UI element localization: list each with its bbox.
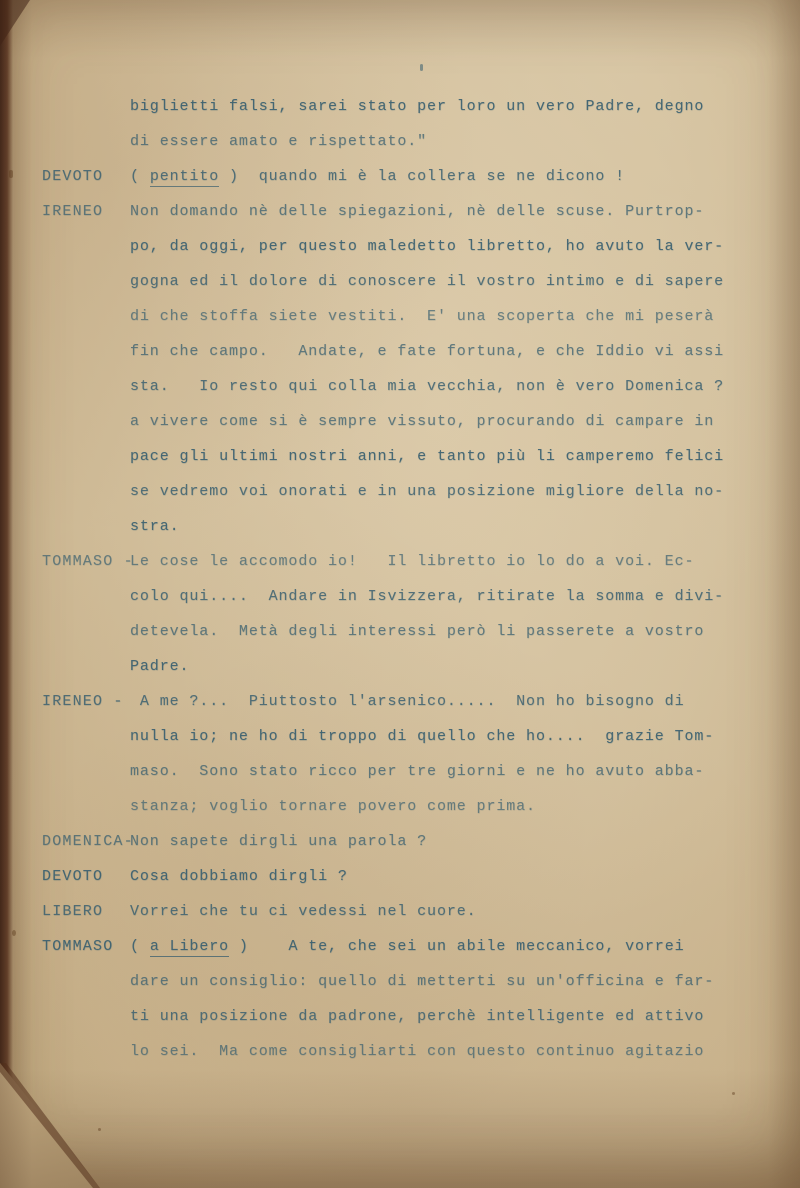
script-line: stanza; voglio tornare povero come prima…	[0, 798, 800, 833]
dialogue-segment: nulla io; ne ho di troppo di quello che …	[130, 728, 714, 745]
dialogue-segment: lo sei. Ma come consigliarti con questo …	[130, 1043, 704, 1060]
dialogue-segment: ) quando mi è la collera se ne dicono !	[219, 168, 625, 185]
script-line: IRENEONon domando nè delle spiegazioni, …	[0, 203, 800, 238]
script-line: di che stoffa siete vestiti. E' una scop…	[0, 308, 800, 343]
dialogue-text: ti una posizione da padrone, perchè inte…	[130, 1008, 704, 1025]
dialogue-segment: pace gli ultimi nostri anni, e tanto più…	[130, 448, 724, 465]
speaker-label: IRENEO -	[42, 693, 124, 710]
script-line: detevela. Metà degli interessi però li p…	[0, 623, 800, 658]
script-line: LIBEROVorrei che tu ci vedessi nel cuore…	[0, 903, 800, 938]
script-line: gogna ed il dolore di conoscere il vostr…	[0, 273, 800, 308]
script-line: di essere amato e rispettato."	[0, 133, 800, 168]
dialogue-segment: dare un consiglio: quello di metterti su…	[130, 973, 714, 990]
dialogue-text: nulla io; ne ho di troppo di quello che …	[130, 728, 714, 745]
script-line: se vedremo voi onorati e in una posizion…	[0, 483, 800, 518]
script-line: lo sei. Ma come consigliarti con questo …	[0, 1043, 800, 1078]
dialogue-text: ( a Libero ) A te, che sei un abile mecc…	[130, 938, 685, 955]
stage-direction-underlined: a Libero	[150, 938, 229, 957]
dialogue-text: a vivere come si è sempre vissuto, procu…	[130, 413, 714, 430]
dialogue-segment: di che stoffa siete vestiti. E' una scop…	[130, 308, 714, 325]
dialogue-text: detevela. Metà degli interessi però li p…	[130, 623, 704, 640]
dialogue-segment: detevela. Metà degli interessi però li p…	[130, 623, 704, 640]
dialogue-text: Cosa dobbiamo dirgli ?	[130, 868, 348, 885]
dialogue-text: Vorrei che tu ci vedessi nel cuore.	[130, 903, 477, 920]
dialogue-segment: A me ?... Piuttosto l'arsenico..... Non …	[130, 693, 684, 710]
dialogue-segment: ) A te, che sei un abile meccanico, vorr…	[229, 938, 684, 955]
dialogue-segment: stanza; voglio tornare povero come prima…	[130, 798, 536, 815]
script-line: ti una posizione da padrone, perchè inte…	[0, 1008, 800, 1043]
dialogue-segment: sta. Io resto qui colla mia vecchia, non…	[130, 378, 724, 395]
speaker-label: TOMMASO	[42, 938, 113, 955]
script-line: a vivere come si è sempre vissuto, procu…	[0, 413, 800, 448]
dialogue-text: pace gli ultimi nostri anni, e tanto più…	[130, 448, 724, 465]
script-line: IRENEO - A me ?... Piuttosto l'arsenico.…	[0, 693, 800, 728]
dialogue-text: di essere amato e rispettato."	[130, 133, 427, 150]
photographed-book-page: biglietti falsi, sarei stato per loro un…	[0, 0, 800, 1188]
dialogue-segment: gogna ed il dolore di conoscere il vostr…	[130, 273, 724, 290]
script-line: biglietti falsi, sarei stato per loro un…	[0, 98, 800, 133]
dialogue-text: di che stoffa siete vestiti. E' una scop…	[130, 308, 714, 325]
speaker-label: DEVOTO	[42, 168, 103, 185]
script-line: po, da oggi, per questo maledetto libret…	[0, 238, 800, 273]
dialogue-segment: biglietti falsi, sarei stato per loro un…	[130, 98, 704, 115]
dialogue-segment: Vorrei che tu ci vedessi nel cuore.	[130, 903, 477, 920]
dialogue-segment: Padre.	[130, 658, 189, 675]
dialogue-segment: di essere amato e rispettato."	[130, 133, 427, 150]
script-line: dare un consiglio: quello di metterti su…	[0, 973, 800, 1008]
dialogue-text: Non domando nè delle spiegazioni, nè del…	[130, 203, 704, 220]
script-line: colo qui.... Andare in Isvizzera, ritira…	[0, 588, 800, 623]
script-line: nulla io; ne ho di troppo di quello che …	[0, 728, 800, 763]
script-line: fin che campo. Andate, e fate fortuna, e…	[0, 343, 800, 378]
script-line: DEVOTO( pentito ) quando mi è la collera…	[0, 168, 800, 203]
script-line: pace gli ultimi nostri anni, e tanto più…	[0, 448, 800, 483]
dialogue-text: dare un consiglio: quello di metterti su…	[130, 973, 714, 990]
dialogue-text: fin che campo. Andate, e fate fortuna, e…	[130, 343, 724, 360]
dialogue-text: Non sapete dirgli una parola ?	[130, 833, 427, 850]
script-line: sta. Io resto qui colla mia vecchia, non…	[0, 378, 800, 413]
script-line: DOMENICA-Non sapete dirgli una parola ?	[0, 833, 800, 868]
dialogue-segment: stra.	[130, 518, 180, 535]
dialogue-segment: Le cose le accomodo io! Il libretto io l…	[130, 553, 694, 570]
speaker-label: IRENEO	[42, 203, 103, 220]
speaker-label: DEVOTO	[42, 868, 103, 885]
dialogue-segment: (	[130, 168, 150, 185]
dialogue-segment: (	[130, 938, 150, 955]
dialogue-text: ( pentito ) quando mi è la collera se ne…	[130, 168, 625, 185]
dialogue-text: po, da oggi, per questo maledetto libret…	[130, 238, 724, 255]
script-line: stra.	[0, 518, 800, 553]
dialogue-segment: po, da oggi, per questo maledetto libret…	[130, 238, 724, 255]
script-line: Padre.	[0, 658, 800, 693]
dialogue-text: Padre.	[130, 658, 189, 675]
script-line: TOMMASO( a Libero ) A te, che sei un abi…	[0, 938, 800, 973]
script-line: DEVOTOCosa dobbiamo dirgli ?	[0, 868, 800, 903]
dialogue-text: sta. Io resto qui colla mia vecchia, non…	[130, 378, 724, 395]
dialogue-segment: fin che campo. Andate, e fate fortuna, e…	[130, 343, 724, 360]
dialogue-text: stanza; voglio tornare povero come prima…	[130, 798, 536, 815]
dialogue-segment: Non domando nè delle spiegazioni, nè del…	[130, 203, 704, 220]
dialogue-text: stra.	[130, 518, 180, 535]
dialogue-text: gogna ed il dolore di conoscere il vostr…	[130, 273, 724, 290]
dialogue-segment: maso. Sono stato ricco per tre giorni e …	[130, 763, 704, 780]
dialogue-segment: se vedremo voi onorati e in una posizion…	[130, 483, 724, 500]
script-line: TOMMASO -Le cose le accomodo io! Il libr…	[0, 553, 800, 588]
speaker-label: LIBERO	[42, 903, 103, 920]
dialogue-segment: colo qui.... Andare in Isvizzera, ritira…	[130, 588, 724, 605]
script-line: maso. Sono stato ricco per tre giorni e …	[0, 763, 800, 798]
stage-direction-underlined: pentito	[150, 168, 219, 187]
dialogue-text: A me ?... Piuttosto l'arsenico..... Non …	[130, 693, 684, 710]
dialogue-segment: Cosa dobbiamo dirgli ?	[130, 868, 348, 885]
dialogue-segment: ti una posizione da padrone, perchè inte…	[130, 1008, 704, 1025]
dialogue-text: biglietti falsi, sarei stato per loro un…	[130, 98, 704, 115]
speaker-label: TOMMASO -	[42, 553, 134, 570]
dialogue-segment: Non sapete dirgli una parola ?	[130, 833, 427, 850]
script-text: biglietti falsi, sarei stato per loro un…	[0, 98, 800, 1078]
dialogue-text: maso. Sono stato ricco per tre giorni e …	[130, 763, 704, 780]
speaker-label: DOMENICA-	[42, 833, 134, 850]
dialogue-text: se vedremo voi onorati e in una posizion…	[130, 483, 724, 500]
dialogue-text: Le cose le accomodo io! Il libretto io l…	[130, 553, 694, 570]
dialogue-text: lo sei. Ma come consigliarti con questo …	[130, 1043, 704, 1060]
dialogue-segment: a vivere come si è sempre vissuto, procu…	[130, 413, 714, 430]
dialogue-text: colo qui.... Andare in Isvizzera, ritira…	[130, 588, 724, 605]
